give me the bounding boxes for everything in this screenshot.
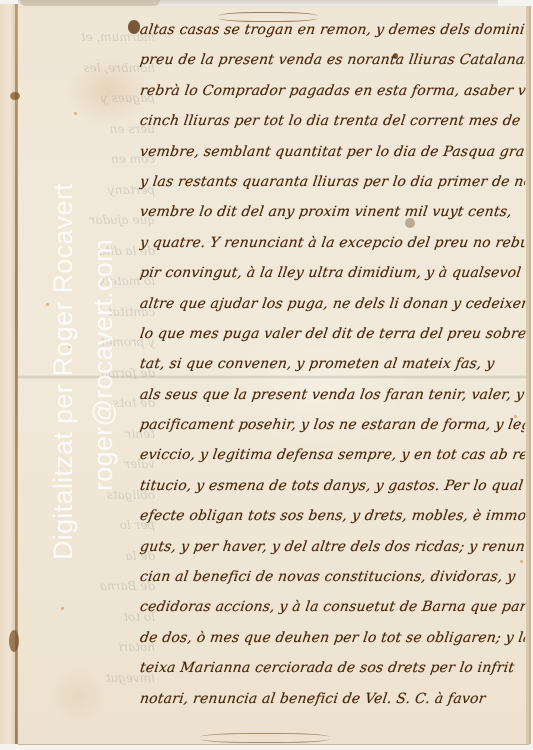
text-line: notari, renuncia al benefici de Vel. S. … [138,684,527,714]
text-line: pacificament posehir, y los ne estaran d… [138,410,527,440]
handwritten-text-block: altas casas se trogan en remon, y demes … [140,15,525,714]
text-line: cian al benefici de novas constitucions,… [138,562,527,592]
text-line: vembre, semblant quantitat per lo dia de… [138,137,527,167]
text-line: als seus que la present venda los faran … [138,380,527,410]
text-line: lo que mes puga valer del dit de terra d… [138,319,527,349]
text-line: y las restants quaranta lliuras per lo d… [138,167,527,197]
text-line: cedidoras accions, y à la consuetut de B… [138,592,527,622]
stain [9,630,19,652]
text-line: y quatre. Y renunciant à la excepcio del… [138,228,527,258]
text-line: altre que ajudar los puga, ne dels li do… [138,289,527,319]
text-line: vembre lo dit del any proxim vinent mil … [138,197,527,227]
watermark-email: roger@rocavert.com [88,239,119,491]
text-line: preu de la present venda es noranta lliu… [138,45,527,75]
text-line: teixa Marianna cerciorada de sos drets p… [138,653,527,683]
text-line: pir convingut, à la lley ultra dimidium,… [138,258,527,288]
torn-edge [20,0,160,6]
text-line: rebrà lo Comprador pagadas en esta forma… [138,76,527,106]
text-line: efecte obligan tots sos bens, y drets, m… [138,501,527,531]
watermark-digitized-by: Digitalitzat per Roger Rocavert [48,183,79,560]
text-line: tat, si que convenen, y prometen al mate… [138,349,527,379]
text-line: cinch lliuras per tot lo dia trenta del … [138,106,527,136]
text-line: eviccio, y legitima defensa sempre, y en… [138,440,527,470]
text-line: altas casas se trogan en remon, y demes … [138,15,527,45]
scanned-page: marmum, ethombre, lespagues yuers encom … [0,0,533,750]
text-line: de dos, ò mes que deuhen per lo tot se o… [138,623,527,653]
text-line: guts, y per haver, y del altre dels dos … [138,532,527,562]
text-line: titucio, y esmena de tots danys, y gasto… [138,471,527,501]
stain [10,92,20,100]
decorative-flourish-bottom [200,733,330,743]
